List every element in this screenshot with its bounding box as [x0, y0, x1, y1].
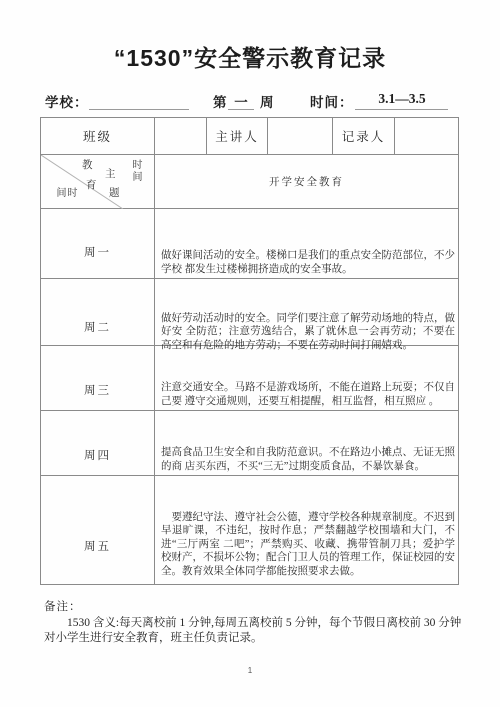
weekday-label: 周四: [41, 411, 155, 475]
remarks-section: 备注： 1530 含义:每天离校前 1 分钟,每周五离校前 5 分钟，每个节假日…: [44, 600, 468, 647]
corner-topic-char-2: 育: [86, 180, 97, 191]
weekday-label: 周五: [41, 476, 155, 584]
recorder-label-cell: 记录人: [333, 118, 395, 154]
weekday-label: 周一: [41, 209, 155, 278]
topic-header-row: 教 主 育 题 时间 时间 开学安全教育: [41, 154, 458, 208]
education-content-text: 要遵纪守法、遵守社会公德，遵守学校各种规章制度。不迟到早退旷课，不违纪，按时作息…: [161, 511, 455, 579]
week-suffix-label: 周: [260, 91, 274, 111]
school-blank-field[interactable]: [89, 91, 189, 110]
record-table: 班级 主讲人 记录人 教 主 育 题 时间 时间 开学安全教育 周一: [40, 117, 459, 585]
week-prefix-label: 第: [213, 91, 227, 111]
education-content-text: 注意交通安全。马路不是游戏场所，不能在道路上玩耍；不仅自己要 遵守交通规则，还要…: [161, 381, 455, 408]
remarks-label: 备注：: [44, 600, 468, 616]
school-label: 学校：: [45, 91, 89, 111]
page-number: 1: [0, 666, 500, 675]
week-value[interactable]: 一: [228, 91, 254, 111]
corner-time-bottom-label: 时间: [54, 187, 76, 208]
time-label: 时间：: [310, 91, 354, 111]
header-fields-line: 学校： 第 一 周 时间： 3.1—3.5: [0, 91, 500, 117]
table-row-thursday: 周四 提高食品卫生安全和自我防范意识。不在路边小摊点、无证无照的商 店买东西，不…: [41, 410, 458, 475]
diagonal-corner-cell: 教 主 育 题 时间 时间: [41, 155, 155, 208]
class-label-cell: 班级: [41, 118, 155, 154]
corner-topic-char-3: 主: [105, 169, 116, 180]
table-row-tuesday: 周二 做好劳动活动时的安全。同学们要注意了解劳动场地的特点，做好安 全防范；注意…: [41, 278, 458, 345]
weekday-content-cell: 注意交通安全。马路不是游戏场所，不能在道路上玩耍；不仅自己要 遵守交通规则，还要…: [155, 346, 458, 410]
table-header-row: 班级 主讲人 记录人: [41, 118, 458, 154]
page-title: “1530”安全警示教育记录: [0, 40, 500, 73]
table-row-monday: 周一 做好课间活动的安全。楼梯口是我们的重点安全防范部位，不少学校 都发生过楼梯…: [41, 208, 458, 278]
weekday-label: 周二: [41, 279, 155, 345]
weekday-content-cell: 做好课间活动的安全。楼梯口是我们的重点安全防范部位，不少学校 都发生过楼梯拥挤造…: [155, 209, 458, 278]
table-row-wednesday: 周三 注意交通安全。马路不是游戏场所，不能在道路上玩耍；不仅自己要 遵守交通规则…: [41, 345, 458, 410]
table-row-friday: 周五 要遵纪守法、遵守社会公德，遵守学校各种规章制度。不迟到早退旷课，不违纪，按…: [41, 475, 458, 584]
corner-topic-char-1: 教: [82, 160, 93, 171]
weekday-label: 周三: [41, 346, 155, 410]
class-value-cell[interactable]: [155, 118, 207, 154]
speaker-value-cell[interactable]: [268, 118, 333, 154]
time-value[interactable]: 3.1—3.5: [356, 91, 448, 107]
speaker-label-cell: 主讲人: [207, 118, 268, 154]
education-content-text: 做好课间活动的安全。楼梯口是我们的重点安全防范部位，不少学校 都发生过楼梯拥挤造…: [161, 249, 455, 276]
weekday-content-cell: 提高食品卫生安全和自我防范意识。不在路边小摊点、无证无照的商 店买东西，不买“三…: [155, 411, 458, 475]
opening-topic-cell: 开学安全教育: [155, 155, 458, 208]
education-content-text: 提高食品卫生安全和自我防范意识。不在路边小摊点、无证无照的商 店买东西，不买“三…: [161, 446, 455, 473]
weekday-content-cell: 要遵纪守法、遵守社会公德，遵守学校各种规章制度。不迟到早退旷课，不违纪，按时作息…: [155, 476, 458, 584]
document-page: “1530”安全警示教育记录 学校： 第 一 周 时间： 3.1—3.5 班级 …: [0, 0, 500, 707]
remarks-body-text: 1530 含义:每天离校前 1 分钟,每周五离校前 5 分钟，每个节假日离校前 …: [44, 616, 468, 647]
weekday-content-cell: 做好劳动活动时的安全。同学们要注意了解劳动场地的特点，做好安 全防范；注意劳逸结…: [155, 279, 458, 345]
recorder-value-cell[interactable]: [395, 118, 458, 154]
corner-time-top-label: 时间: [130, 159, 141, 183]
corner-topic-char-4: 题: [109, 188, 120, 199]
